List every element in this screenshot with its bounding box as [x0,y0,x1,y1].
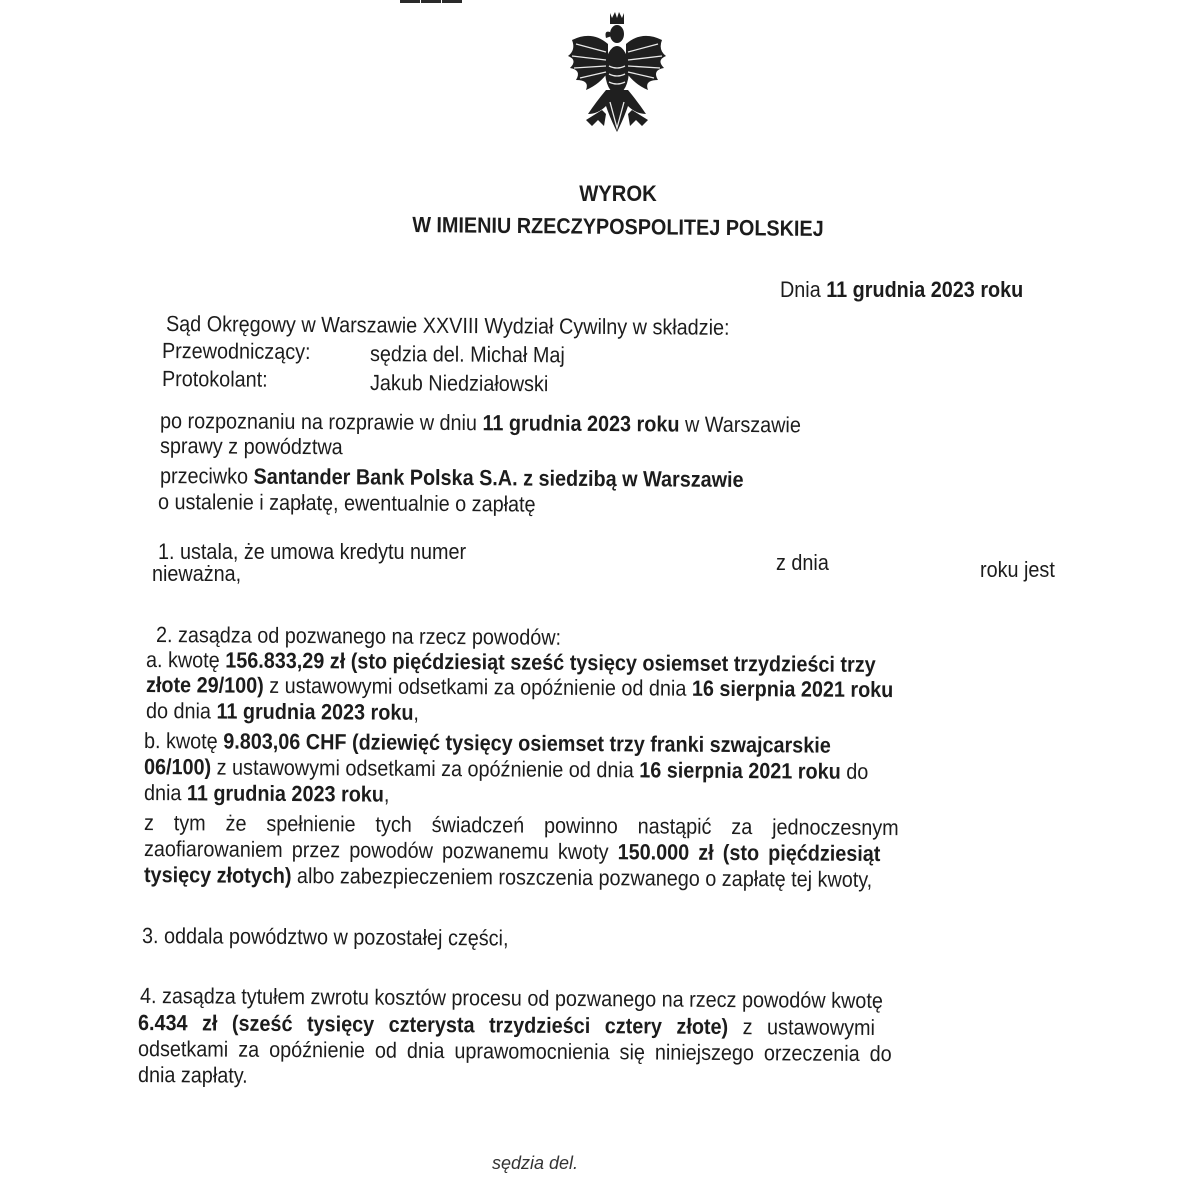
judgment-date: Dnia 11 grudnia 2023 roku [780,277,1023,303]
judgment-page: ▬▬▬ WYROK W IMIENIU RZECZYPOSPOLITEJ POL… [0,0,1200,1200]
point-4-line1: 4. zasądza tytułem zwrotu kosztów proces… [140,983,883,1014]
point-4-line3: odsetkami za opóźnienie od dnia uprawomo… [138,1036,892,1067]
chair-label: Przewodniczący: [162,338,311,365]
point-2b-line3: dnia 11 grudnia 2023 roku, [144,780,390,808]
case-line: sprawy z powództwa [160,433,343,460]
subject-line: o ustalenie i zapłatę, ewentualnie o zap… [158,489,536,518]
court-composition: Sąd Okręgowy w Warszawie XXVIII Wydział … [166,311,730,341]
point-2a-line3: do dnia 11 grudnia 2023 roku, [146,698,419,726]
point-1-date-label: z dnia [776,550,829,576]
point-3-text: 3. oddala powództwo w pozostałej części, [142,923,509,951]
point-4-line4: dnia zapłaty. [138,1062,248,1089]
point-2-intro: 2. zasądza od pozwanego na rzecz powodów… [156,622,561,651]
clerk-name: Jakub Niedziałowski [370,370,548,397]
document-title: WYROK [49,181,1186,207]
judge-signature: sędzia del. [492,1153,578,1174]
polish-eagle-emblem-icon [562,10,672,150]
defendant-line: przeciwko Santander Bank Polska S.A. z s… [160,463,744,493]
cropped-header-text: ▬▬▬ [400,0,470,4]
point-1-end: nieważna, [152,561,241,587]
point-2-condition-line3: tysięcy złotych) albo zabezpieczeniem ro… [144,862,872,893]
clerk-label: Protokolant: [162,366,268,393]
document-subtitle: W IMIENIU RZECZYPOSPOLITEJ POLSKIEJ [62,209,1175,246]
point-1-suffix: roku jest [980,557,1055,583]
chair-name: sędzia del. Michał Maj [370,341,565,368]
